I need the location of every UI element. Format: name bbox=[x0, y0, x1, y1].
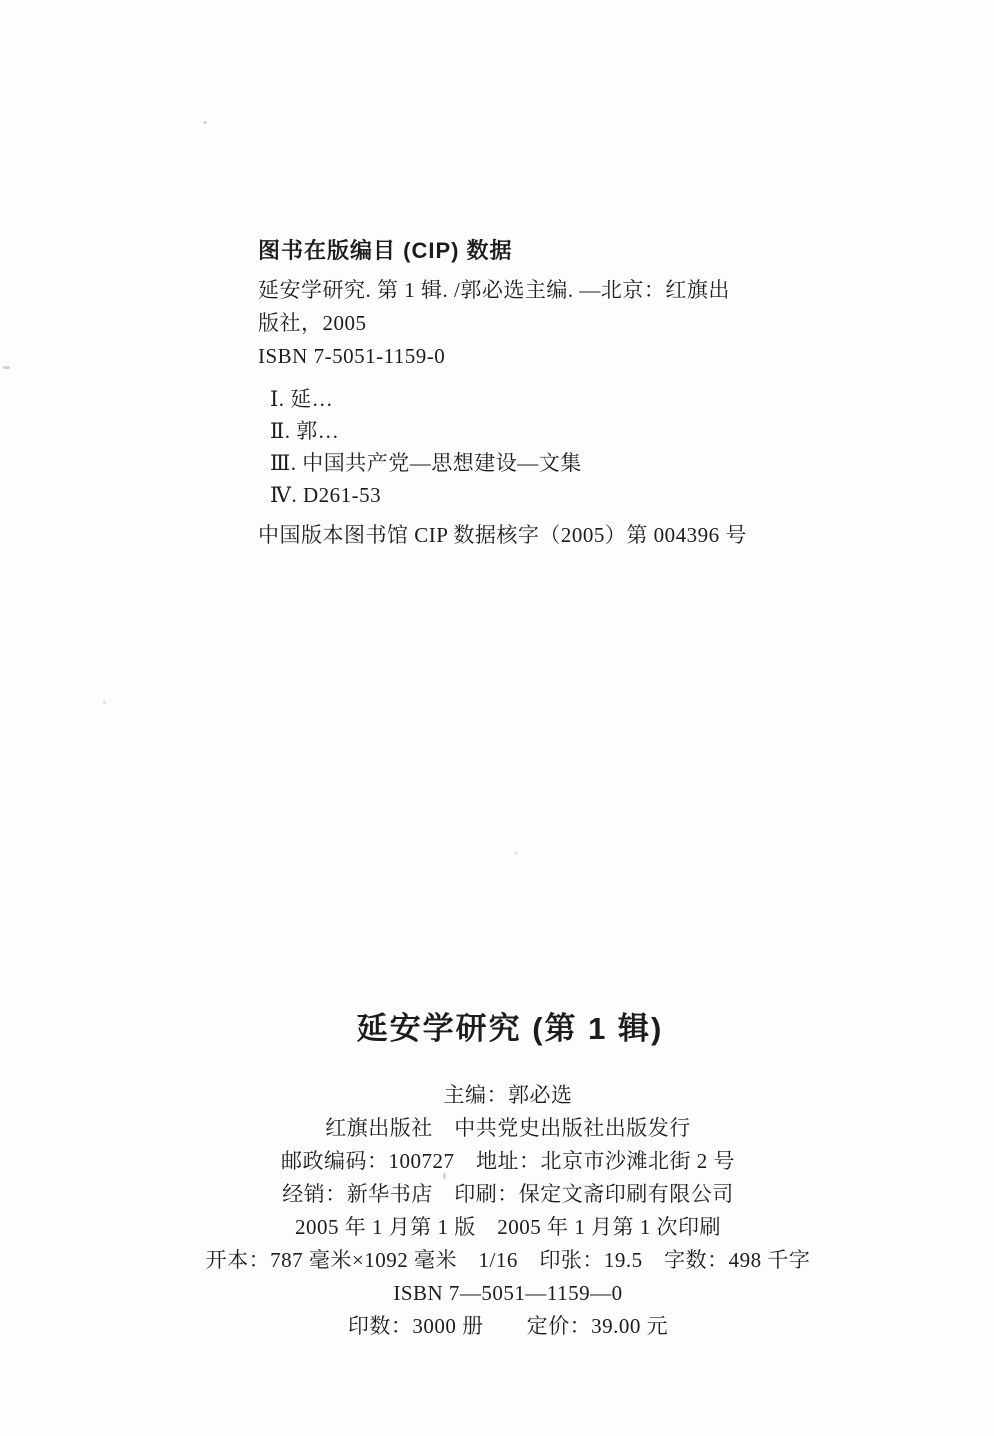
book-title: 延安学研究 (第 1 辑) bbox=[26, 1008, 994, 1050]
colophon-format-line: 开本：787 毫米×1092 毫米 1/16 印张：19.5 字数：498 千字 bbox=[20, 1244, 994, 1277]
scan-speck bbox=[443, 1173, 446, 1179]
colophon-block: 主编：郭必选 红旗出版社 中共党史出版社出版发行 邮政编码：100727 地址：… bbox=[20, 1079, 994, 1343]
scan-speck bbox=[3, 366, 10, 369]
cip-classification-list: Ⅰ. 延… Ⅱ. 郭… Ⅲ. 中国共产党—思想建设—文集 Ⅳ. D261-53 bbox=[258, 383, 838, 511]
cip-block: 图书在版编目 (CIP) 数据 延安学研究. 第 1 辑. /郭必选主编. —北… bbox=[258, 236, 838, 552]
cip-class-item-1: Ⅰ. 延… bbox=[270, 383, 838, 415]
cip-header: 图书在版编目 (CIP) 数据 bbox=[258, 236, 838, 266]
cip-description-line-2: 版社，2005 bbox=[258, 307, 838, 340]
cip-isbn: ISBN 7-5051-1159-0 bbox=[258, 340, 838, 373]
cip-class-item-3: Ⅲ. 中国共产党—思想建设—文集 bbox=[270, 447, 838, 479]
cip-record-number: 中国版本图书馆 CIP 数据核字（2005）第 004396 号 bbox=[258, 519, 838, 552]
colophon-isbn-line: ISBN 7—5051—1159—0 bbox=[20, 1277, 994, 1310]
scan-speck bbox=[103, 701, 106, 704]
scan-speck bbox=[514, 851, 518, 855]
colophon-editor-line: 主编：郭必选 bbox=[20, 1079, 994, 1112]
cip-description-line-1: 延安学研究. 第 1 辑. /郭必选主编. —北京：红旗出 bbox=[258, 274, 838, 307]
colophon-price-line: 印数：3000 册 定价：39.00 元 bbox=[20, 1310, 994, 1343]
scan-speck bbox=[203, 121, 207, 124]
cip-class-item-4: Ⅳ. D261-53 bbox=[270, 479, 838, 511]
book-copyright-page: 图书在版编目 (CIP) 数据 延安学研究. 第 1 辑. /郭必选主编. —北… bbox=[0, 0, 994, 1436]
colophon-address-line: 邮政编码：100727 地址：北京市沙滩北街 2 号 bbox=[20, 1145, 994, 1178]
colophon-edition-line: 2005 年 1 月第 1 版 2005 年 1 月第 1 次印刷 bbox=[20, 1211, 994, 1244]
colophon-publisher-line: 红旗出版社 中共党史出版社出版发行 bbox=[20, 1112, 994, 1145]
colophon-distribution-line: 经销：新华书店 印刷：保定文斋印刷有限公司 bbox=[20, 1178, 994, 1211]
cip-class-item-2: Ⅱ. 郭… bbox=[270, 415, 838, 447]
